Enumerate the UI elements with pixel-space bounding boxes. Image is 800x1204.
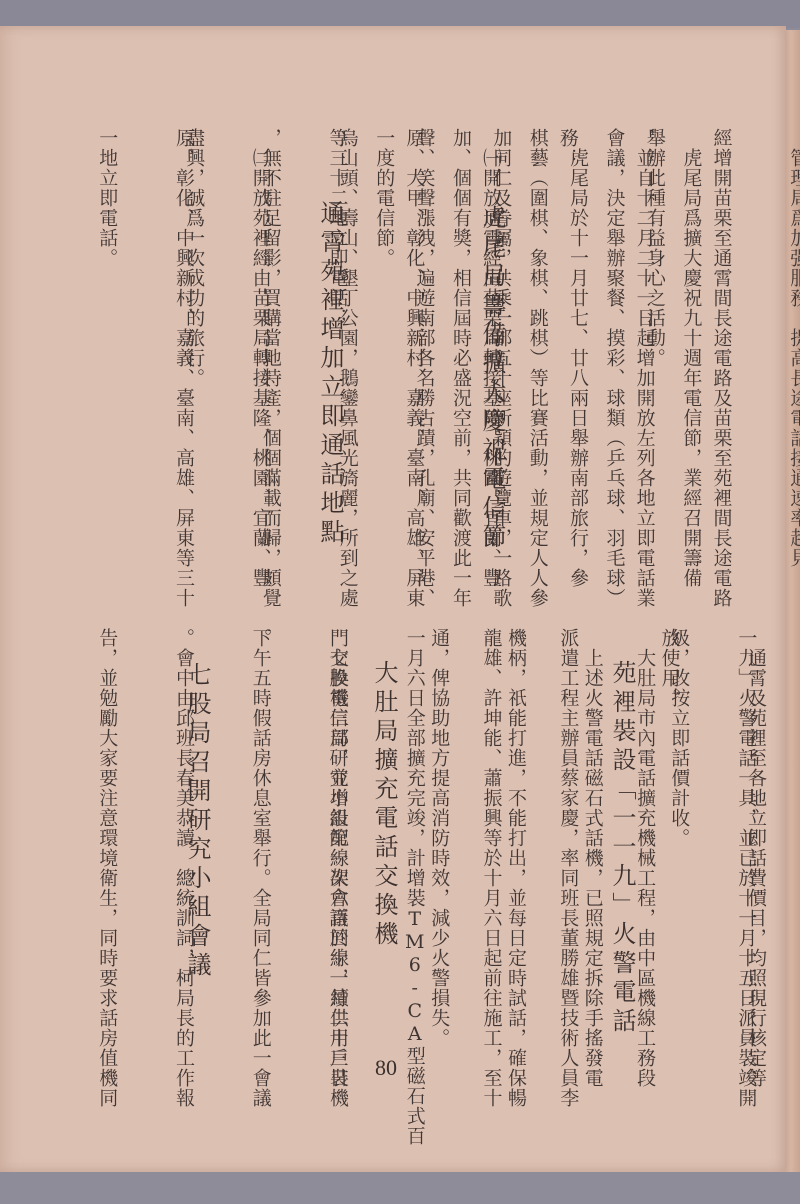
text-line: 管理局爲加强服務，提高長途電話接通速率起見， [785,128,800,608]
text-line: 。會中由邱班長春美恭讀 總統訓詞，柯局長的工作報 [170,628,196,1108]
text-line: ，並自十二月二十一日起增加開放左列各地立即電話業 [631,128,657,608]
background-top [0,0,800,28]
article-body-2: 管理局爲加强服務，提高長途電話接通速率起見， 經增開苗栗至通霄間長途電路及苗栗至… [68,128,800,608]
text-line: 告，並勉勵大家要注意環境衛生，同時要求話房值機同 [94,628,120,1108]
text-line: 一月六日全部擴充完竣，計增裝TM6-CA型磁石式百 [401,628,427,1146]
text-line: 原、彰化、中興新村、嘉義、臺南、高雄、屏東等三十 [170,128,196,608]
page-number: 80 [375,1055,397,1081]
text-line: 務： [554,128,580,608]
text-line: 派遣工程主辦員蔡家慶，率同班長董勝雄暨技術人員李 [555,628,581,1146]
article-body-5: 七股電信局研究小組第一次會議於十一月二十三日 下午五時假話房休息室舉行。全局同仁… [68,628,401,1108]
text-line: ㈡開放苑裡經由苗栗局轉接基隆、桃園、宜蘭、豐 [247,128,273,608]
text-line: 七股電信局研究小組第一次會議於十一月二十三日 [324,628,350,1108]
text-line: 原、大甲、彰化、中興新村、嘉義、臺南、高雄、屏東 [401,128,427,608]
text-line: ㈠開放通霄經由苗栗局轉接基隆、桃園、宜蘭、豐 [478,128,504,608]
text-line: 經增開苗栗至通霄間長途電路及苗栗至苑裡間長途電路 [708,128,734,608]
text-line: 大肚局市內電話擴充機械工程，由中區機線工務段 [632,628,658,1146]
text-line: 一地立即電話。 [94,128,120,608]
text-line: 下午五時假話房休息室舉行。全局同仁皆參加此一會議 [247,628,273,1108]
text-line: 等三十二地立即電話； [324,128,350,608]
text-line: 一九」火警電話一具，並已於十一月十五日派員裝竣開 [733,628,759,1108]
text-line: 龍雄、許坤能、蕭振興等於十月六日起前往施工，至十 [478,628,504,1146]
